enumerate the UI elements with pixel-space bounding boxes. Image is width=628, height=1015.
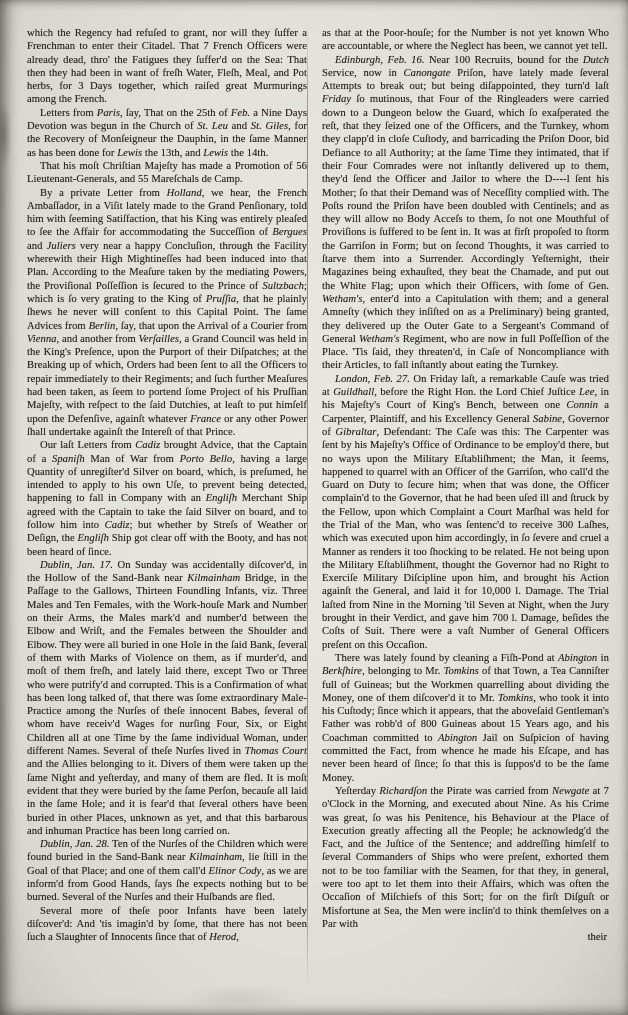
column-divider [307, 24, 308, 988]
italic-run: Spaniſh [52, 454, 85, 465]
italic-run: Thomas Court [245, 746, 307, 757]
italic-run: Engliſh [77, 533, 109, 544]
italic-run: Lee [579, 387, 594, 398]
paper-smudge [180, 985, 300, 1011]
italic-run: Canongate [404, 68, 451, 79]
italic-run: Sabine [533, 414, 562, 425]
right-column-text: as that at the Poor-houſe; for the Numbe… [322, 27, 609, 931]
italic-run: Kilmainham [187, 573, 240, 584]
italic-run: Friday [322, 94, 351, 105]
news-paragraph: That his moſt Chriſtian Majeſty has made… [27, 160, 307, 187]
italic-run: Engliſh [206, 493, 238, 504]
italic-run: Vienna [27, 334, 57, 345]
italic-run: Tomkins [498, 693, 533, 704]
italic-run: Cadiz [135, 440, 160, 451]
catchword: their [322, 931, 609, 944]
right-column: as that at the Poor-houſe; for the Numbe… [322, 27, 609, 944]
italic-run: Abington [438, 733, 477, 744]
italic-run: Abington [558, 653, 597, 664]
news-paragraph: as that at the Poor-houſe; for the Numbe… [322, 27, 609, 54]
italic-run: Wetham's [359, 334, 400, 345]
italic-run: St. Giles [251, 121, 288, 132]
italic-run: Verſailles [139, 334, 180, 345]
italic-run: Wetham's [322, 294, 363, 305]
news-paragraph: Our laſt Letters from Cadiz brought Advi… [27, 439, 307, 559]
news-paragraph: Yeſterday Richardſon the Pirate was carr… [322, 785, 609, 931]
italic-run: Newgate [552, 786, 589, 797]
italic-run: Guildhall [333, 387, 374, 398]
italic-run: Gibraltar [335, 427, 376, 438]
left-column: which the Regency had refuſed to grant, … [27, 27, 307, 944]
italic-run: Juliers [47, 241, 76, 252]
italic-run: Paris [97, 108, 120, 119]
italic-run: Herod [209, 932, 236, 943]
italic-run: Bergues [272, 227, 307, 238]
italic-run: Elinor Cody [209, 866, 262, 877]
italic-run: Cadiz [105, 520, 130, 531]
italic-run: Porto Bello [180, 454, 233, 465]
italic-run: Feb. [231, 108, 250, 119]
italic-run: Edinburgh, Feb. 16. [335, 55, 425, 66]
italic-run: Sultzbach [262, 281, 304, 292]
ink-stain [0, 100, 12, 170]
news-paragraph: Dublin, Jan. 28. Ten of the Nurſes of th… [27, 838, 307, 904]
italic-run: Berlin [89, 321, 116, 332]
italic-run: St. Leu [197, 121, 228, 132]
italic-run: Pruſſia [206, 294, 236, 305]
news-paragraph: By a private Letter from Holland, we hea… [27, 187, 307, 440]
news-paragraph: which the Regency had refuſed to grant, … [27, 27, 307, 107]
news-paragraph: London, Feb. 27. On Friday laſt, a remar… [322, 373, 609, 652]
news-paragraph: Edinburgh, Feb. 16. Near 100 Recruits, b… [322, 54, 609, 373]
italic-run: Holland [167, 188, 202, 199]
left-column-text: which the Regency had refuſed to grant, … [27, 27, 307, 944]
italic-run: Kilmainham [189, 852, 242, 863]
italic-run: Berkſhire [322, 666, 362, 677]
italic-run: Tomkins [444, 666, 479, 677]
news-paragraph: Letters from Paris, ſay, That on the 25t… [27, 107, 307, 160]
news-paragraph: Dublin, Jan. 17. On Sunday was accidenta… [27, 559, 307, 838]
italic-run: Dutch [583, 55, 609, 66]
italic-run: Lewis [117, 148, 142, 159]
italic-run: Connin [566, 400, 598, 411]
italic-run: Dublin, Jan. 28. [40, 839, 109, 850]
news-paragraph: Several more of theſe poor Infants have … [27, 905, 307, 945]
italic-run: Dublin, Jan. 17. [40, 560, 113, 571]
italic-run: Richardſon [379, 786, 427, 797]
newspaper-page: which the Regency had refuſed to grant, … [0, 0, 628, 1015]
italic-run: Lewis [203, 148, 228, 159]
italic-run: France [190, 414, 221, 425]
italic-run: London, Feb. 27. [335, 374, 410, 385]
news-paragraph: There was lately found by cleaning a Fiſ… [322, 652, 609, 785]
